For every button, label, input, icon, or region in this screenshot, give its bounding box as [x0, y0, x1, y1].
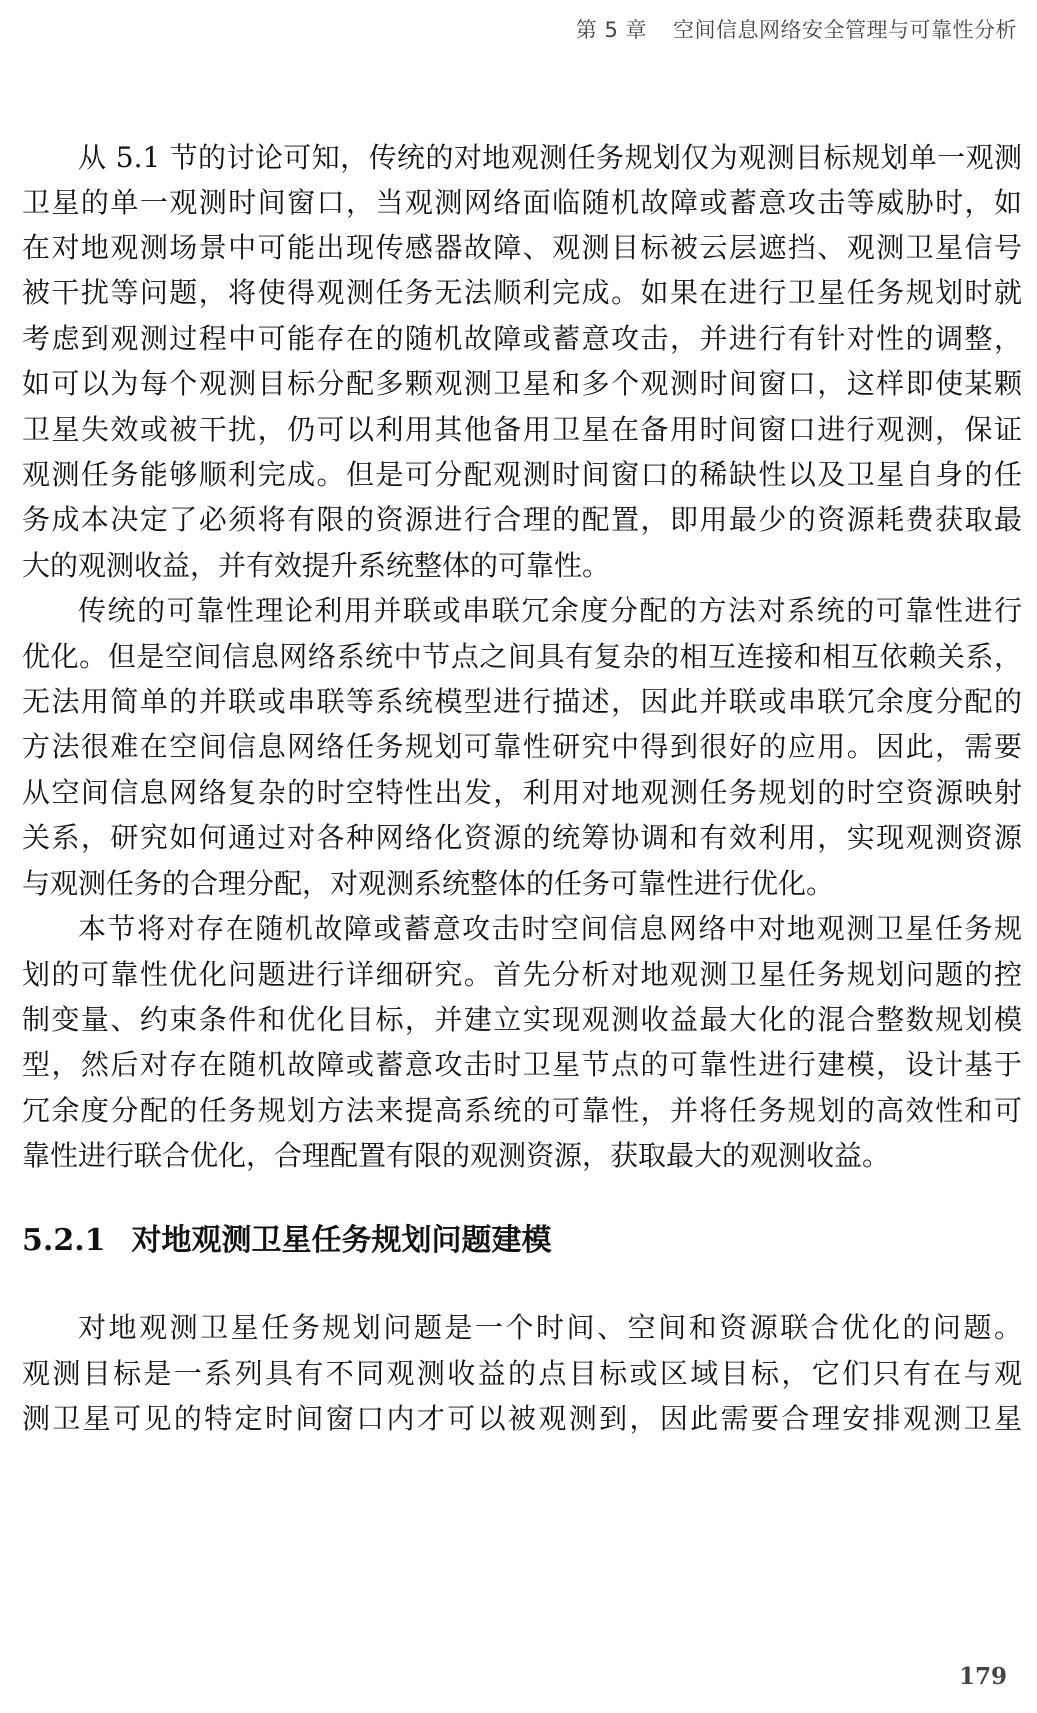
text-line: 大的观测收益，并有效提升系统整体的可靠性。	[22, 546, 1022, 586]
text-line: 观测任务能够顺利完成。但是可分配观测时间窗口的稀缺性以及卫星自身的任	[22, 455, 1022, 495]
page-number: 179	[959, 1663, 1007, 1690]
text-line: 观测目标是一系列具有不同观测收益的点目标或区域目标，它们只有在与观	[22, 1354, 1022, 1394]
text-line: 卫星失效或被干扰，仍可以利用其他备用卫星在备用时间窗口进行观测，保证	[22, 410, 1022, 450]
text-line: 无法用简单的并联或串联等系统模型进行描述，因此并联或串联冗余度分配的	[22, 682, 1022, 722]
section-title: 对地观测卫星任务规划问题建模	[132, 1223, 552, 1258]
text-line: 冗余度分配的任务规划方法来提高系统的可靠性，并将任务规划的高效性和可	[22, 1091, 1022, 1131]
text-line: 划的可靠性优化问题进行详细研究。首先分析对地观测卫星任务规划问题的控	[22, 955, 1022, 995]
text-line: 靠性进行联合优化，合理配置有限的观测资源，获取最大的观测收益。	[22, 1136, 1022, 1176]
text-line: 从 5.1 节的讨论可知，传统的对地观测任务规划仅为观测目标规划单一观测	[78, 138, 1022, 178]
text-line: 制变量、约束条件和优化目标，并建立实现观测收益最大化的混合整数规划模	[22, 1000, 1022, 1040]
text-line: 卫星的单一观测时间窗口，当观测网络面临随机故障或蓄意攻击等威胁时，如	[22, 183, 1022, 223]
running-header: 第 5 章空间信息网络安全管理与可靠性分析	[576, 14, 1017, 44]
text-line: 关系，研究如何通过对各种网络化资源的统筹协调和有效利用，实现观测资源	[22, 818, 1022, 858]
text-line: 方法很难在空间信息网络任务规划可靠性研究中得到很好的应用。因此，需要	[22, 727, 1022, 767]
text-line: 如可以为每个观测目标分配多颗观测卫星和多个观测时间窗口，这样即使某颗	[22, 364, 1022, 404]
text-line: 在对地观测场景中可能出现传感器故障、观测目标被云层遮挡、观测卫星信号	[22, 228, 1022, 268]
text-line: 与观测任务的合理分配，对观测系统整体的任务可靠性进行优化。	[22, 864, 1022, 904]
text-line: 本节将对存在随机故障或蓄意攻击时空间信息网络中对地观测卫星任务规	[78, 909, 1022, 949]
chapter-title: 空间信息网络安全管理与可靠性分析	[673, 18, 1017, 42]
section-heading: 5.2.1对地观测卫星任务规划问题建模	[22, 1219, 552, 1263]
text-line: 被干扰等问题，将使得观测任务无法顺利完成。如果在进行卫星任务规划时就	[22, 273, 1022, 313]
text-line: 优化。但是空间信息网络系统中节点之间具有复杂的相互连接和相互依赖关系，	[22, 637, 1022, 677]
text-line: 测卫星可见的特定时间窗口内才可以被观测到，因此需要合理安排观测卫星	[22, 1399, 1022, 1439]
text-line: 对地观测卫星任务规划问题是一个时间、空间和资源联合优化的问题。	[78, 1308, 1022, 1348]
section-number: 5.2.1	[22, 1223, 106, 1258]
text-line: 型，然后对存在随机故障或蓄意攻击时卫星节点的可靠性进行建模，设计基于	[22, 1045, 1022, 1085]
text-line: 传统的可靠性理论利用并联或串联冗余度分配的方法对系统的可靠性进行	[78, 591, 1022, 631]
chapter-label: 第 5 章	[576, 18, 647, 42]
text-line: 务成本决定了必须将有限的资源进行合理的配置，即用最少的资源耗费获取最	[22, 500, 1022, 540]
text-line: 从空间信息网络复杂的时空特性出发，利用对地观测任务规划的时空资源映射	[22, 773, 1022, 813]
text-line: 考虑到观测过程中可能存在的随机故障或蓄意攻击，并进行有针对性的调整，	[22, 319, 1022, 359]
